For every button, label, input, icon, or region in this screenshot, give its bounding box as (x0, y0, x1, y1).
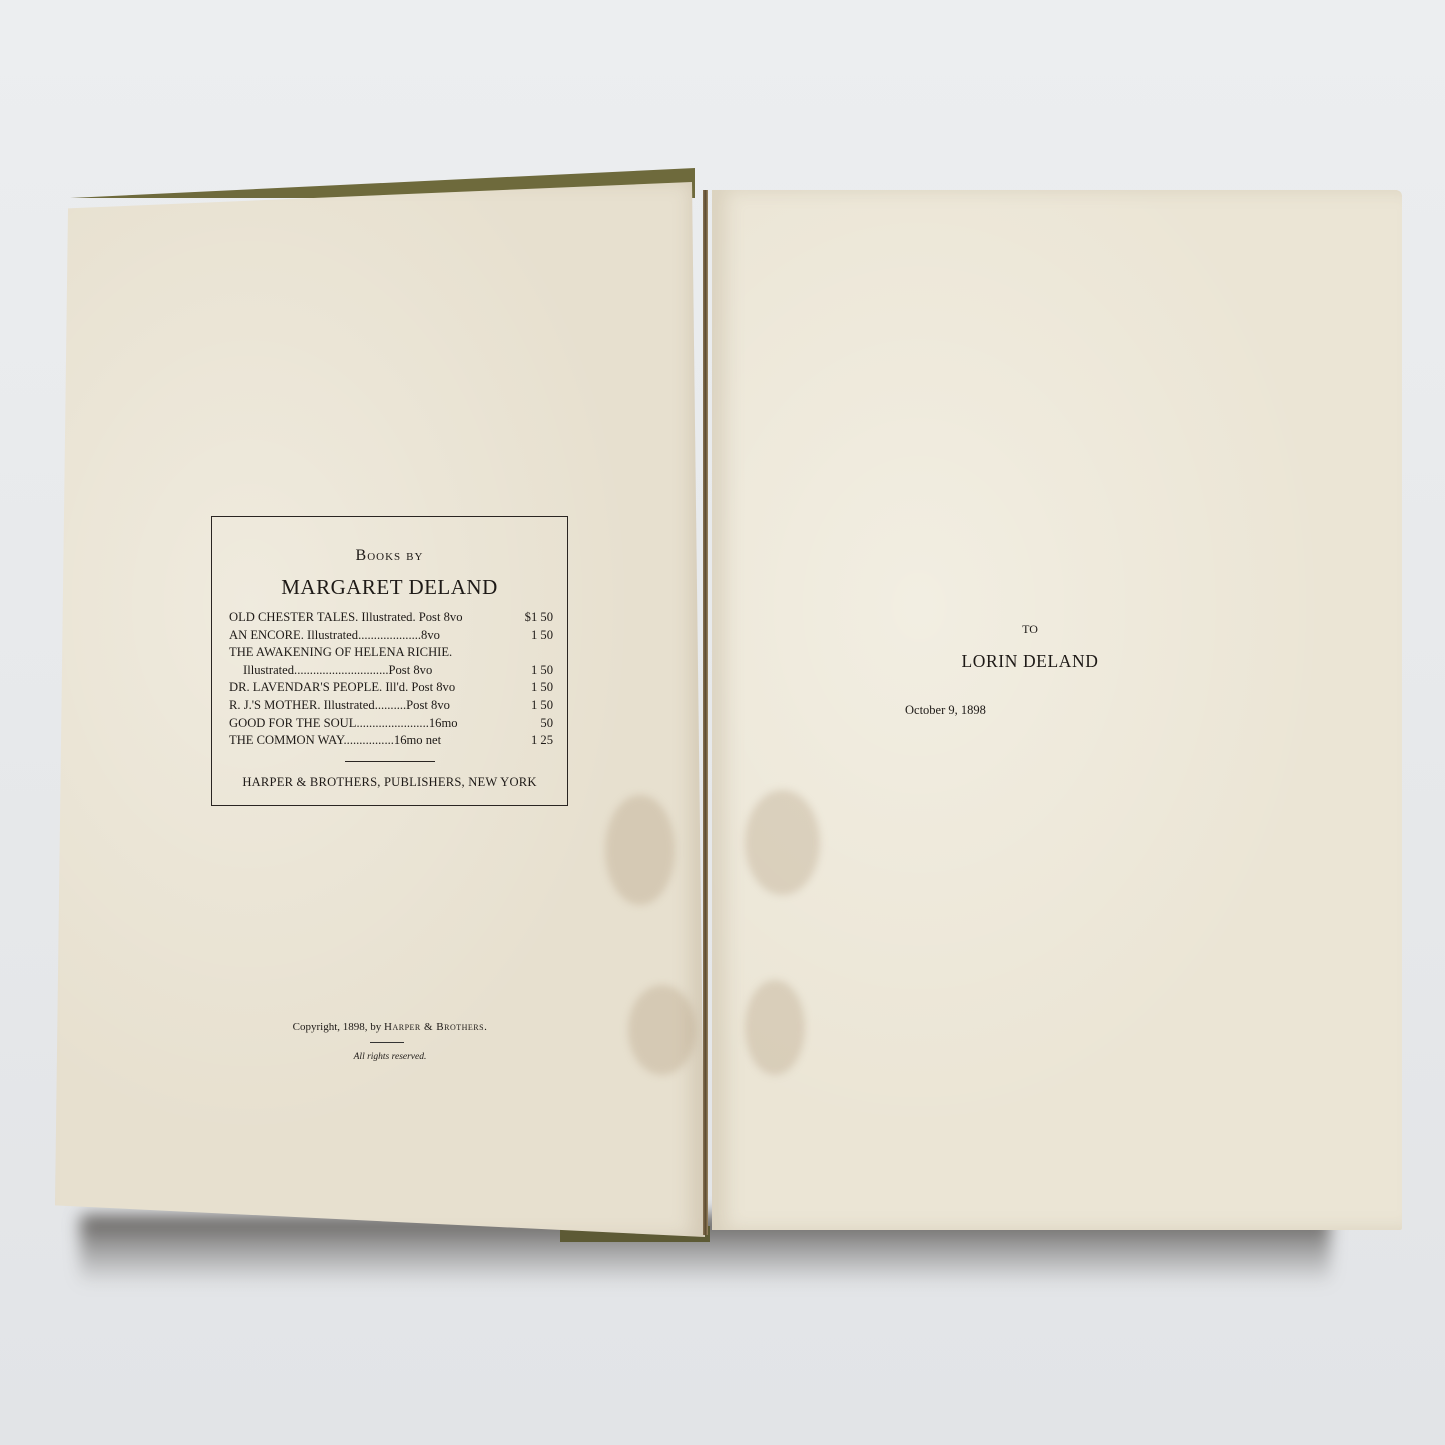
divider (370, 1042, 404, 1043)
copyright-notice: Copyright, 1898, by Harper & Brothers. (250, 1021, 530, 1033)
dedication-date: October 9, 1898 (905, 703, 986, 718)
ad-heading: Books by (212, 547, 567, 565)
foxing-stain (745, 980, 805, 1075)
foxing-stain (605, 795, 675, 905)
book-row: THE AWAKENING OF HELENA RICHIE. (229, 644, 553, 662)
rights-reserved: All rights reserved. (250, 1052, 530, 1062)
divider (345, 761, 435, 762)
book-row: AN ENCORE. Illustrated..................… (229, 627, 553, 645)
book-row: DR. LAVENDAR'S PEOPLE. Ill'd. Post 8vo1 … (229, 679, 553, 697)
book-list: OLD CHESTER TALES. Illustrated. Post 8vo… (229, 609, 553, 750)
copyright-prefix: Copyright, 1898, by (293, 1021, 382, 1033)
book-row: THE COMMON WAY................16mo net1 … (229, 732, 553, 750)
book-row: GOOD FOR THE SOUL.......................… (229, 715, 553, 733)
ad-author: MARGARET DELAND (212, 575, 567, 600)
dedication-name: LORIN DELAND (900, 651, 1160, 672)
book-row: Illustrated.............................… (229, 662, 553, 680)
copyright-holder: Harper & Brothers. (384, 1021, 487, 1033)
publisher-line: HARPER & BROTHERS, PUBLISHERS, NEW YORK (212, 775, 567, 790)
foxing-stain (745, 790, 820, 895)
foxing-stain (628, 985, 696, 1075)
dedication-to: TO (980, 622, 1080, 637)
book-row: OLD CHESTER TALES. Illustrated. Post 8vo… (229, 609, 553, 627)
book-row: R. J.'S MOTHER. Illustrated..........Pos… (229, 697, 553, 715)
right-page (712, 190, 1402, 1230)
book-gutter (703, 190, 708, 1235)
books-by-author-ad: Books by MARGARET DELAND OLD CHESTER TAL… (211, 516, 568, 806)
